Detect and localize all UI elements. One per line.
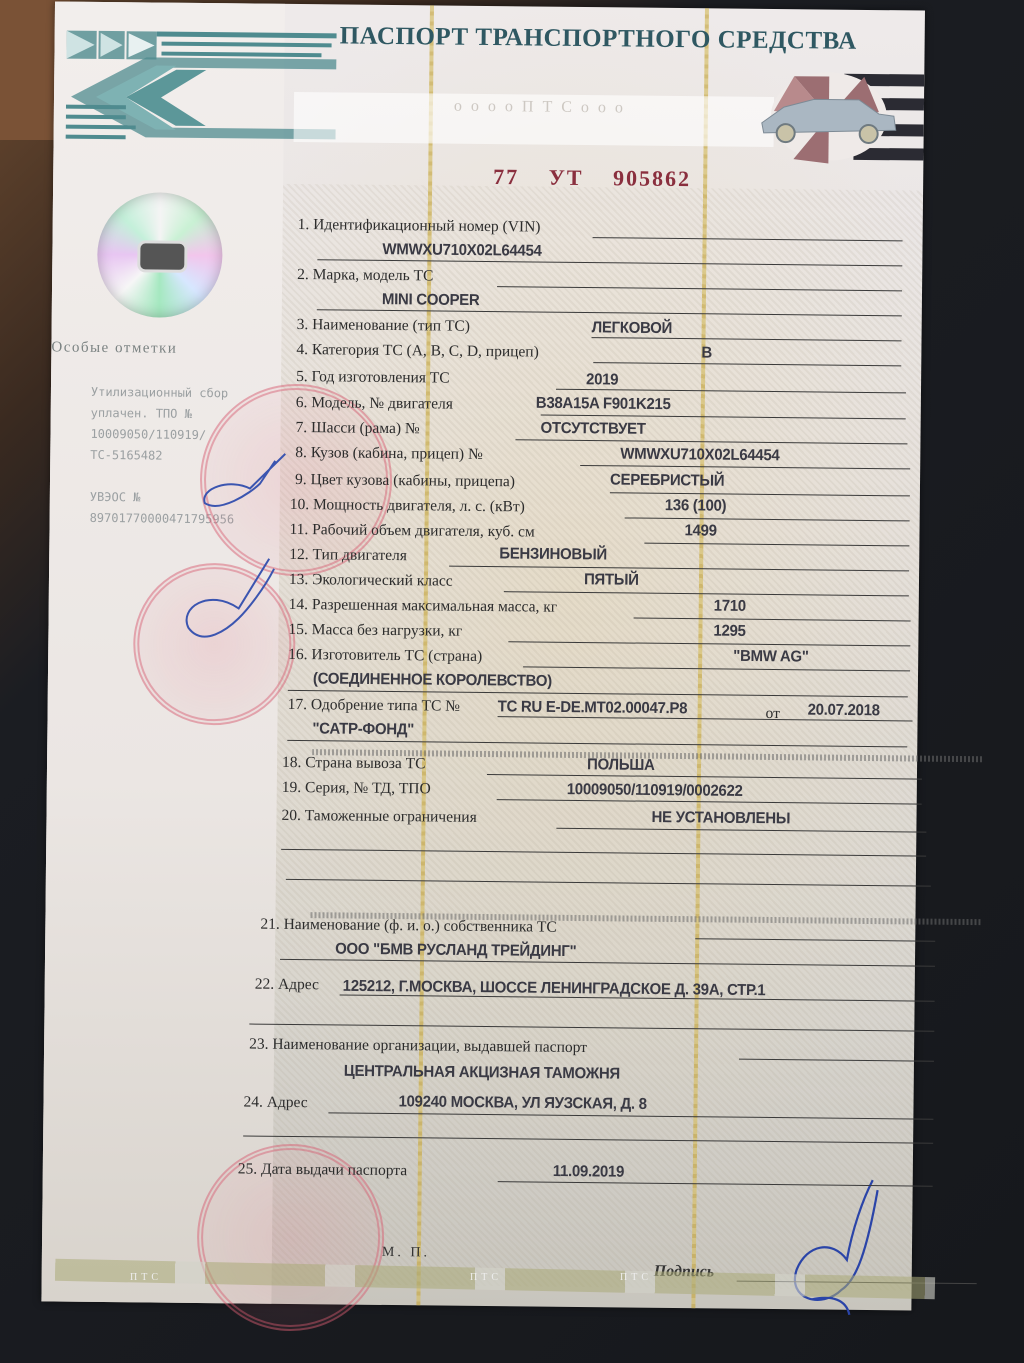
field-value: 1710 [714, 597, 746, 615]
field-number: 6. [296, 394, 308, 411]
field-label: Марка, модель ТС [313, 266, 434, 284]
field-label: Рабочий объем двигателя, куб. см [312, 521, 535, 540]
field-number: 22. [255, 976, 275, 993]
field-value: ПЯТЫЙ [584, 571, 639, 589]
field-row-15: 15. Масса без нагрузки, кг [288, 621, 462, 641]
signature-mark [190, 448, 301, 519]
field-value: ОТСУТСТВУЕТ [540, 419, 645, 438]
field-row-6: 6. Модель, № двигателя [296, 394, 453, 414]
field-label: Серия, № ТД, ТПО [305, 779, 431, 797]
special-marks-title: Особые отметки [51, 339, 177, 357]
field-row-19: 19. Серия, № ТД, ТПО [282, 779, 431, 799]
field-label: Разрешенная максимальная масса, кг [312, 596, 557, 616]
passport-serial-number: 77 УТ 905862 [493, 164, 691, 192]
vehicle-passport-page: ПАСПОРТ ТРАНСПОРТНОГО СРЕДСТВА ооооПТСоо… [41, 1, 925, 1310]
field-row-24: 24. Адрес [243, 1093, 307, 1112]
field-value: ТС RU E-DE.МТ02.00047.Р8 [498, 698, 688, 718]
field-label: Цвет кузова (кабины, прицепа) [310, 471, 515, 490]
field-number: 24. [243, 1093, 263, 1110]
from-label: от [766, 705, 781, 723]
field-label: Модель, № двигателя [311, 394, 453, 412]
embossed-ornament: ооооПТСооо [454, 98, 632, 118]
car-emblem-icon [753, 71, 924, 173]
field-number: 3. [297, 316, 309, 333]
serial-number: 905862 [613, 165, 691, 191]
field-label: Наименование (тип ТС) [312, 316, 470, 335]
field-number: 21. [260, 916, 280, 933]
field-label: Шасси (рама) № [311, 419, 420, 437]
stamp-place-label: М. П. [382, 1245, 430, 1262]
field-number: 2. [297, 266, 309, 283]
field-row-14: 14. Разрешенная максимальная масса, кг [289, 596, 558, 617]
field-value: ЛЕГКОВОЙ [592, 319, 673, 338]
approval-date: 20.07.2018 [808, 701, 880, 720]
field-label: Дата выдачи паспорта [261, 1161, 407, 1180]
field-value: "BMW AG" [733, 647, 809, 666]
field-number: 15. [288, 621, 308, 638]
field-number: 7. [295, 419, 307, 436]
pts-band-text: ПТС [620, 1272, 652, 1283]
field-value: B38A15A F901K215 [536, 394, 671, 413]
field-row-22: 22. Адрес [255, 976, 319, 995]
pts-band-text: ПТС [130, 1272, 162, 1283]
field-value: ООО "БМВ РУСЛАНД ТРЕЙДИНГ" [335, 940, 576, 960]
field-number: 25. [238, 1160, 258, 1177]
field-row-23: 23. Наименование организации, выдавшей п… [249, 1036, 587, 1058]
field-label: Мощность двигателя, л. с. (кВт) [313, 496, 525, 515]
field-label: Наименование организации, выдавшей паспо… [272, 1036, 587, 1056]
field-row-17: 17. Одобрение типа ТС № [288, 696, 461, 716]
field-label: Одобрение типа ТС № [311, 696, 460, 715]
field-number: 14. [289, 596, 309, 613]
field-value: WMWXU710X02L64454 [382, 240, 541, 260]
field-number: 8. [295, 444, 307, 461]
field-label: Адрес [267, 1094, 308, 1111]
field-label: Изготовитель ТС (страна) [311, 646, 482, 665]
field-row-12: 12. Тип двигателя [289, 546, 407, 565]
field-row-11: 11. Рабочий объем двигателя, куб. см [289, 521, 534, 542]
field-value: B [701, 344, 712, 362]
field-number: 18. [282, 754, 302, 771]
pts-band-text: ПТС [470, 1272, 502, 1283]
hologram-sticker [97, 192, 223, 318]
field-row-10: 10. Мощность двигателя, л. с. (кВт) [290, 496, 525, 516]
field-row-25: 25. Дата выдачи паспорта [238, 1160, 408, 1180]
field-value: 2019 [586, 371, 618, 389]
field-value: ЦЕНТРАЛЬНАЯ АКЦИЗНАЯ ТАМОЖНЯ [344, 1062, 620, 1083]
field-row-18: 18. Страна вывоза ТС [282, 754, 426, 774]
field-row-1: 1. Идентификационный номер (VIN) [298, 216, 541, 237]
field-row-3: 3. Наименование (тип ТС) [297, 316, 470, 336]
field-label: Год изготовления ТС [312, 368, 450, 386]
field-value: 136 (100) [665, 496, 727, 514]
field-number: 13. [289, 571, 309, 588]
field-row-5: 5. Год изготовления ТС [296, 368, 450, 388]
field-label: Кузов (кабина, прицеп) № [311, 444, 483, 463]
field-value: СЕРЕБРИСТЫЙ [610, 471, 724, 490]
field-value: 10009050/110919/0002622 [567, 780, 743, 800]
serial-region: 77 [493, 164, 519, 189]
field-value: БЕНЗИНОВЫЙ [499, 545, 607, 564]
signature-mark [148, 547, 289, 658]
field-number: 20. [281, 807, 301, 824]
field-number: 1. [298, 216, 310, 233]
field-number: 19. [282, 779, 302, 796]
field-label: Идентификационный номер (VIN) [313, 216, 540, 235]
field-row-16: 16. Изготовитель ТС (страна) [288, 646, 482, 666]
field-label: Масса без нагрузки, кг [312, 621, 463, 640]
field-row-13: 13. Экологический класс [289, 571, 453, 591]
field-row-8: 8. Кузов (кабина, прицеп) № [295, 444, 483, 464]
field-row-20: 20. Таможенные ограничения [281, 807, 476, 827]
field-row-7: 7. Шасси (рама) № [295, 419, 419, 438]
field-value: WMWXU710X02L64454 [620, 445, 779, 465]
field-label: Адрес [278, 976, 319, 993]
field-number: 10. [290, 496, 310, 513]
field-value: 109240 МОСКВА, УЛ ЯУЗСКАЯ, Д. 8 [398, 1093, 646, 1113]
field-value-continued: (СОЕДИНЕННОЕ КОРОЛЕВСТВО) [313, 670, 552, 690]
field-value: 11.09.2019 [553, 1162, 624, 1181]
serial-series: УТ [549, 165, 584, 190]
field-number: 9. [295, 471, 307, 488]
field-row-4: 4. Категория ТС (A, B, C, D, прицеп) [296, 341, 539, 362]
field-number: 5. [296, 368, 308, 385]
field-label: Тип двигателя [312, 546, 407, 564]
field-label: Страна вывоза ТС [305, 754, 425, 772]
field-value: MINI COOPER [382, 290, 480, 309]
field-number: 16. [288, 646, 308, 663]
field-value-continued: "САТР-ФОНД" [312, 720, 414, 739]
field-row-9: 9. Цвет кузова (кабины, прицепа) [295, 471, 515, 491]
document-title: ПАСПОРТ ТРАНСПОРТНОГО СРЕДСТВА [340, 22, 857, 55]
field-number: 4. [296, 341, 308, 358]
field-label: Категория ТС (A, B, C, D, прицеп) [312, 341, 539, 360]
field-label: Таможенные ограничения [305, 807, 477, 826]
field-value: 1499 [684, 522, 716, 540]
field-number: 11. [289, 521, 308, 538]
field-row-2: 2. Марка, модель ТС [297, 266, 433, 285]
field-number: 12. [289, 546, 309, 563]
field-value: 1295 [713, 622, 745, 640]
field-label: Экологический класс [312, 571, 453, 589]
field-number: 23. [249, 1036, 269, 1053]
field-value: НЕ УСТАНОВЛЕНЫ [651, 808, 790, 827]
field-number: 17. [288, 696, 308, 713]
